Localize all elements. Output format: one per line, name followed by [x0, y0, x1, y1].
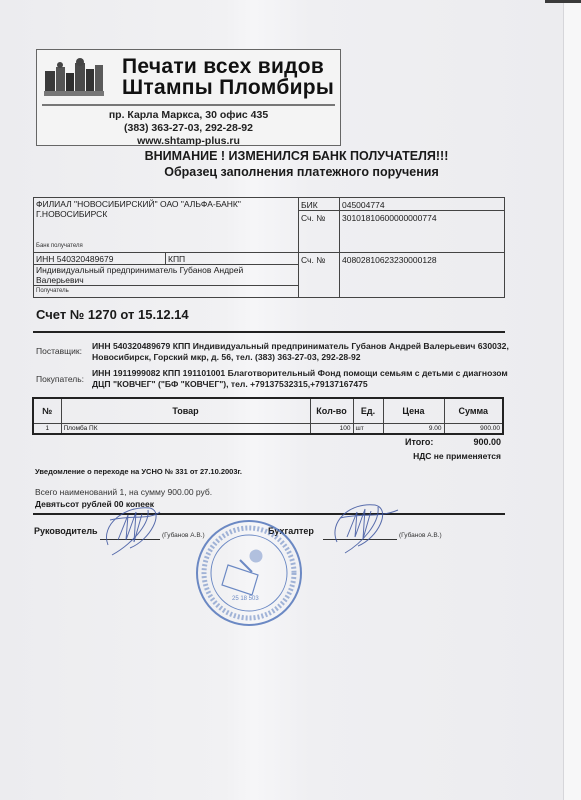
row-amount: 900.00: [444, 424, 502, 434]
column-header-unit: Ед.: [353, 399, 383, 424]
vat-note: НДС не применяется: [380, 451, 501, 461]
column-header-number: №: [34, 399, 61, 424]
director-name: (Губанов А.В.): [162, 532, 205, 539]
usno-notice: Уведомление о переходе на УСНО № 331 от …: [35, 467, 242, 476]
items-summary: Всего наименований 1, на сумму 900.00 ру…: [35, 487, 212, 497]
ad-address: пр. Карла Маркса, 30 офис 435: [37, 109, 340, 121]
accountant-signature-line: [323, 539, 397, 540]
bik-label: БИК: [301, 200, 318, 210]
column-header-quantity: Кол-во: [310, 399, 353, 424]
scan-corner: [545, 0, 581, 3]
buyer-details: ИНН 1911999082 КПП 191101001 Благотворит…: [92, 368, 512, 390]
ad-website: www.shtamp-plus.ru: [37, 135, 340, 147]
recipient-kpp: КПП: [168, 254, 185, 264]
supplier-label: Поставщик:: [36, 346, 82, 356]
table-header-row: № Товар Кол-во Ед. Цена Сумма: [34, 399, 502, 424]
total-value: 900.00: [460, 437, 501, 447]
column-header-amount: Сумма: [444, 399, 502, 424]
official-stamp-icon: 25 18 503: [197, 521, 301, 625]
account-value: 40802810623230000128: [342, 255, 437, 265]
ad-divider: [42, 104, 335, 106]
row-item: Пломба ПК: [61, 424, 310, 434]
recipient-name: Индивидуальный предприниматель Губанов А…: [36, 265, 286, 285]
corr-account-value: 30101810600000000774: [342, 213, 437, 223]
payment-order-subtitle: Образец заполнения платежного поручения: [0, 165, 563, 179]
scanned-page: Печати всех видов Штампы Пломбиры пр. Ка…: [0, 0, 563, 800]
ad-headline-2: Штампы Пломбиры: [122, 76, 334, 100]
bank-details-block: ФИЛИАЛ "НОВОСИБИРСКИЙ" ОАО "АЛЬФА-БАНК" …: [33, 197, 505, 298]
row-price: 9.00: [383, 424, 444, 434]
buyer-label: Покупатель:: [36, 374, 84, 384]
page-edge: [563, 0, 581, 800]
divider: [33, 331, 505, 333]
stamps-logo-icon: [44, 57, 104, 97]
row-number: 1: [34, 424, 61, 434]
column-header-item: Товар: [61, 399, 310, 424]
accountant-label: Бухгалтер: [268, 526, 314, 536]
amount-in-words: Девятьсот рублей 00 копеек: [35, 499, 154, 509]
svg-text:25 18 503: 25 18 503: [232, 596, 259, 602]
recipient-inn: ИНН 540320489679: [36, 254, 113, 264]
invoice-title: Счет № 1270 от 15.12.14: [36, 307, 189, 322]
bank-change-warning: ВНИМАНИЕ ! ИЗМЕНИЛСЯ БАНК ПОЛУЧАТЕЛЯ!!!: [0, 149, 563, 163]
director-signature-line: [100, 539, 160, 540]
table-row: 1 Пломба ПК 100 шт 9.00 900.00: [34, 424, 502, 434]
director-label: Руководитель: [34, 526, 98, 536]
corr-account-label: Сч. №: [301, 213, 325, 223]
bik-value: 045004774: [342, 200, 385, 210]
divider: [33, 513, 505, 515]
header-advertisement: Печати всех видов Штампы Пломбиры пр. Ка…: [36, 49, 341, 146]
accountant-signature-icon: [335, 505, 398, 553]
column-header-price: Цена: [383, 399, 444, 424]
supplier-details: ИНН 540320489679 КПП Индивидуальный пред…: [92, 341, 512, 363]
row-quantity: 100: [310, 424, 353, 434]
recipient-label: Получатель: [36, 288, 69, 294]
bank-label: Банк получателя: [36, 243, 83, 249]
total-label: Итого:: [405, 437, 433, 447]
accountant-name: (Губанов А.В.): [399, 532, 442, 539]
bank-name: ФИЛИАЛ "НОВОСИБИРСКИЙ" ОАО "АЛЬФА-БАНК" …: [36, 199, 296, 219]
account-label: Сч. №: [301, 255, 325, 265]
row-unit: шт: [353, 424, 383, 434]
ad-phones: (383) 363-27-03, 292-28-92: [37, 122, 340, 134]
goods-table: № Товар Кол-во Ед. Цена Сумма 1 Пломба П…: [32, 397, 504, 435]
